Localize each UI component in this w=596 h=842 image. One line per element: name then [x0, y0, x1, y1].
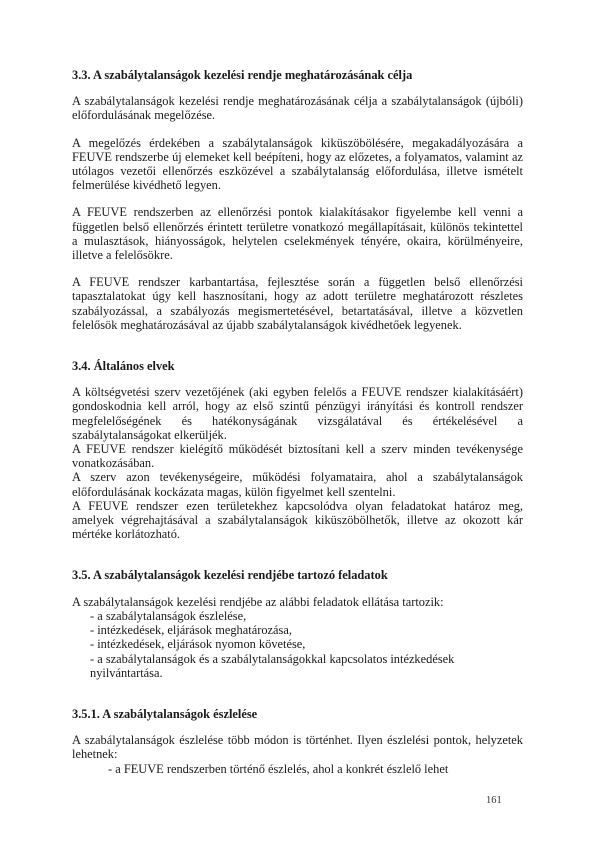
paragraph: A FEUVE rendszerben az ellenőrzési ponto…	[72, 205, 523, 262]
detection-list: - a FEUVE rendszerben történő észlelés, …	[72, 762, 523, 776]
paragraph: A FEUVE rendszer ezen területekhez kapcs…	[72, 499, 523, 542]
paragraph: A költségvetési szerv vezetőjének (aki e…	[72, 385, 523, 442]
paragraph: A szabálytalanságok észlelése több módon…	[72, 733, 523, 761]
paragraph: A FEUVE rendszer karbantartása, fejleszt…	[72, 275, 523, 332]
paragraph: A szerv azon tevékenységeire, működési f…	[72, 470, 523, 498]
section-heading: 3.3. A szabálytalanságok kezelési rendje…	[72, 68, 523, 82]
list-item: - intézkedések, eljárások meghatározása,	[90, 623, 523, 637]
section-heading: 3.5.1. A szabálytalanságok észlelése	[72, 707, 523, 721]
paragraph: A szabálytalanságok kezelési rendjébe az…	[72, 595, 523, 609]
list-item: - intézkedések, eljárások nyomon követés…	[90, 637, 523, 651]
list-item: - a szabálytalanságok észlelése,	[90, 609, 523, 623]
list-item: - a FEUVE rendszerben történő észlelés, …	[108, 762, 523, 776]
section-3-3: 3.3. A szabálytalanságok kezelési rendje…	[72, 68, 523, 332]
section-3-5: 3.5. A szabálytalanságok kezelési rendjé…	[72, 568, 523, 679]
list-item: - a szabálytalanságok és a szabálytalans…	[90, 652, 523, 680]
section-3-4: 3.4. Általános elvek A költségvetési sze…	[72, 359, 523, 541]
section-heading: 3.5. A szabálytalanságok kezelési rendjé…	[72, 568, 523, 582]
task-list: - a szabálytalanságok észlelése, - intéz…	[72, 609, 523, 680]
paragraph: A FEUVE rendszer kielégítő működését biz…	[72, 442, 523, 470]
page-number: 161	[486, 795, 502, 806]
section-heading: 3.4. Általános elvek	[72, 359, 523, 373]
document-page: 3.3. A szabálytalanságok kezelési rendje…	[72, 68, 523, 776]
paragraph: A szabálytalanságok kezelési rendje megh…	[72, 94, 523, 122]
paragraph: A megelőzés érdekében a szabálytalanságo…	[72, 136, 523, 193]
section-3-5-1: 3.5.1. A szabálytalanságok észlelése A s…	[72, 707, 523, 776]
